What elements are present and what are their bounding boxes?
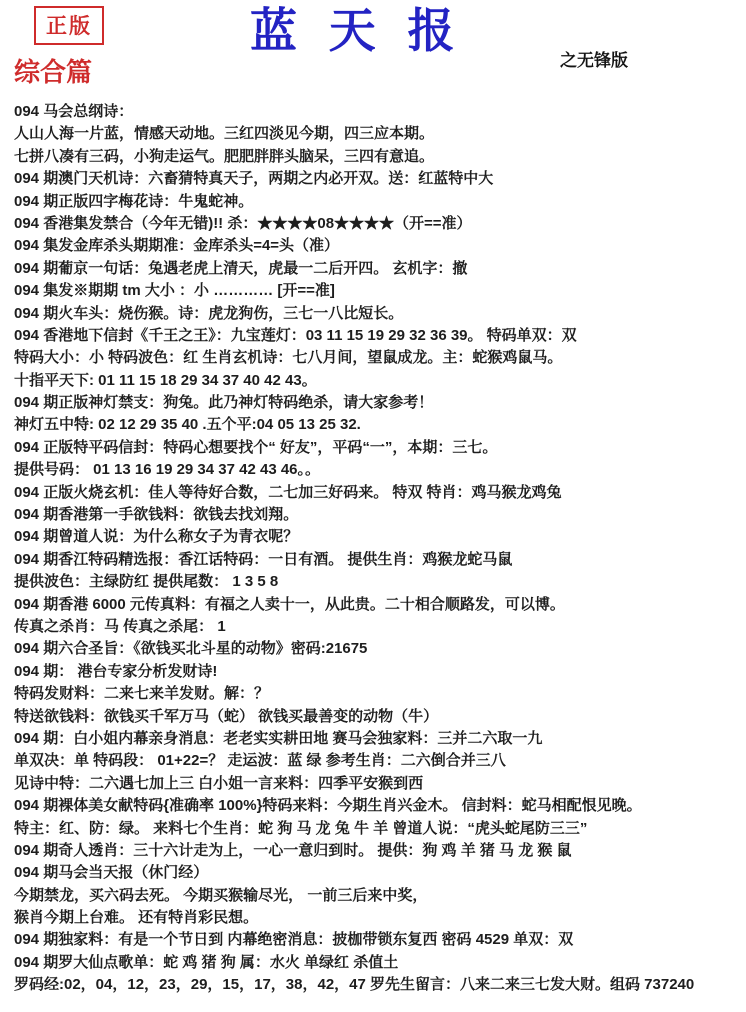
report-lines: 094 马会总纲诗：人山人海一片蓝，情感天动地。三红四淡见今期，四三应本期。七拼… xyxy=(14,101,746,997)
report-line: 094 期葡京一句话：兔遇老虎上清天，虎最一二后开四。 玄机字：撤 xyxy=(14,258,746,280)
blue-sky-report-page: 正版 蓝 天 报 之无锋版 综合篇 094 马会总纲诗：人山人海一片蓝，情感天动… xyxy=(0,0,746,1012)
report-line: 特送欲钱料：欲钱买千军万马（蛇） 欲钱买最善变的动物（牛） xyxy=(14,706,746,728)
report-line: 094 期正版四字梅花诗：牛鬼蛇神。 xyxy=(14,191,746,213)
section-heading: 综合篇 xyxy=(14,52,92,89)
page-title: 蓝 天 报 xyxy=(250,0,465,61)
report-line: 094 期罗大仙点歌单：蛇 鸡 猪 狗 属：水火 单绿红 杀值土 xyxy=(14,952,746,974)
report-line: 提供号码： 01 13 16 19 29 34 37 42 43 46。。 xyxy=(14,459,746,481)
report-line: 094 期香港第一手欲钱料：欲钱去找刘翔。 xyxy=(14,504,746,526)
genuine-edition-badge: 正版 xyxy=(34,6,104,45)
report-line: 094 期香江特码精选报：香江话特码：一日有酒。 提供生肖：鸡猴龙蛇马鼠 xyxy=(14,549,746,571)
report-line: 094 香港地下信封《千王之王》：九宝莲灯：03 11 15 19 29 32 … xyxy=(14,325,746,347)
report-line: 七拼八凑有三码，小狗走运气。肥肥胖胖头脑呆，三四有意追。 xyxy=(14,146,746,168)
report-line: 特主：红、防：绿。 来料七个生肖：蛇 狗 马 龙 兔 牛 羊 曾道人说：“虎头蛇… xyxy=(14,818,746,840)
report-line: 094 正版特平码信封：特码心想要找个“ 好友”，平码“一”，本期：三七。 xyxy=(14,437,746,459)
report-line: 提供波色：主绿防红 提供尾数： 1 3 5 8 xyxy=(14,571,746,593)
report-line: 094 期马会当天报（休门经） xyxy=(14,862,746,884)
report-line: 094 期香港 6000 元传真料：有福之人卖十一，从此贵。二十相合顺路发，可以… xyxy=(14,594,746,616)
report-line: 猴肖今期上台难。 还有特肖彩民想。 xyxy=(14,907,746,929)
report-line: 094 期：白小姐内幕亲身消息：老老实实耕田地 赛马会独家料：三并二六取一九 xyxy=(14,728,746,750)
report-line: 094 集发金库杀头期期准：金库杀头=4=头（准） xyxy=(14,235,746,257)
report-line: 094 期： 港台专家分析发财诗! xyxy=(14,661,746,683)
report-line: 十指平天下: 01 11 15 18 29 34 37 40 42 43。 xyxy=(14,370,746,392)
report-line: 神灯五中特: 02 12 29 35 40 .五个平:04 05 13 25 3… xyxy=(14,414,746,436)
report-line: 094 香港集发禁合（今年无错)!! 杀：★★★★08★★★★（开==准） xyxy=(14,213,746,235)
report-line: 094 期奇人透肖：三十六计走为上，一心一意归到时。 提供：狗 鸡 羊 猪 马 … xyxy=(14,840,746,862)
report-line: 人山人海一片蓝，情感天动地。三红四淡见今期，四三应本期。 xyxy=(14,123,746,145)
report-line: 特码发财料：二来七来羊发财。解：？ xyxy=(14,683,746,705)
report-line: 094 期火车头：烧伤猴。诗：虎龙狗伤，三七一八比短长。 xyxy=(14,303,746,325)
report-line: 094 正版火烧玄机：佳人等待好合数，二七加三好码来。 特双 特肖：鸡马猴龙鸡兔 xyxy=(14,482,746,504)
report-line: 今期禁龙，买六码去死。 今期买猴输尽光， 一前三后来中奖， xyxy=(14,885,746,907)
report-line: 094 期独家料：有是一个节日到 内幕绝密消息：披枷带锁东复西 密码 4529 … xyxy=(14,929,746,951)
report-line: 罗码经:02，04，12，23，29，15，17，38，42，47 罗先生留言：… xyxy=(14,974,746,996)
report-line: 传真之杀肖：马 传真之杀尾： 1 xyxy=(14,616,746,638)
report-line: 特码大小：小 特码波色：红 生肖玄机诗：七八月间，望鼠成龙。主：蛇猴鸡鼠马。 xyxy=(14,347,746,369)
report-line: 094 期澳门天机诗：六畜猜特真天子，两期之内必开双。送：红蓝特中大 xyxy=(14,168,746,190)
report-line: 094 期裸体美女献特码{准确率 100%}特码来料：今期生肖兴金木。 信封料：… xyxy=(14,795,746,817)
report-line: 094 集发※期期 tm 大小 ：小 ………… [开==准] xyxy=(14,280,746,302)
report-line: 094 马会总纲诗： xyxy=(14,101,746,123)
report-line: 094 期正版神灯禁支：狗兔。此乃神灯特码绝杀，请大家参考！ xyxy=(14,392,746,414)
report-line: 单双决：单 特码段： 01+22=？ 走运波：蓝 绿 参考生肖：二六倒合并三八 xyxy=(14,750,746,772)
report-line: 094 期六合圣旨：《欲钱买北斗星的动物》密码:21675 xyxy=(14,638,746,660)
report-line: 094 期曾道人说：为什么称女子为青衣呢？ xyxy=(14,526,746,548)
edition-label: 之无锋版 xyxy=(560,46,628,71)
report-line: 见诗中特：二六遇七加上三 白小姐一言来料：四季平安猴到西 xyxy=(14,773,746,795)
